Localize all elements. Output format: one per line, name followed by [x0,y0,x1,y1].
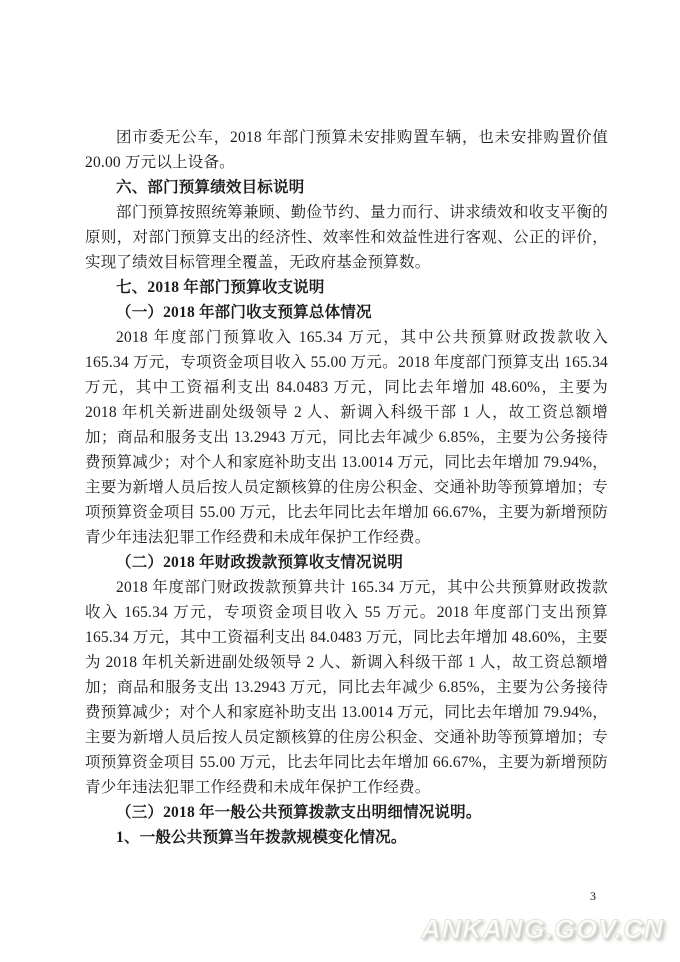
paragraph: 2018 年度部门财政拨款预算共计 165.34 万元，其中公共预算财政拨款收入… [85,575,608,800]
watermark: ANKANG.GOV.CN [421,914,664,945]
section-heading: 1、一般公共预算当年拨款规模变化情况。 [85,825,608,850]
page-number: 3 [590,889,596,904]
section-heading: （三）2018 年一般公共预算拨款支出明细情况说明。 [85,800,608,825]
document-page: 团市委无公车，2018 年部门预算未安排购置车辆，也未安排购置价值 20.00 … [0,0,680,962]
section-heading: 六、部门预算绩效目标说明 [85,175,608,200]
document-body: 团市委无公车，2018 年部门预算未安排购置车辆，也未安排购置价值 20.00 … [85,125,608,850]
section-heading: （二）2018 年财政拨款预算收支情况说明 [85,550,608,575]
paragraph: 部门预算按照统筹兼顾、勤俭节约、量力而行、讲求绩效和收支平衡的原则，对部门预算支… [85,200,608,275]
paragraph: 团市委无公车，2018 年部门预算未安排购置车辆，也未安排购置价值 20.00 … [85,125,608,175]
paragraph: 2018 年度部门预算收入 165.34 万元，其中公共预算财政拨款收入 165… [85,325,608,550]
section-heading: 七、2018 年部门预算收支说明 [85,275,608,300]
section-heading: （一）2018 年部门收支预算总体情况 [85,300,608,325]
